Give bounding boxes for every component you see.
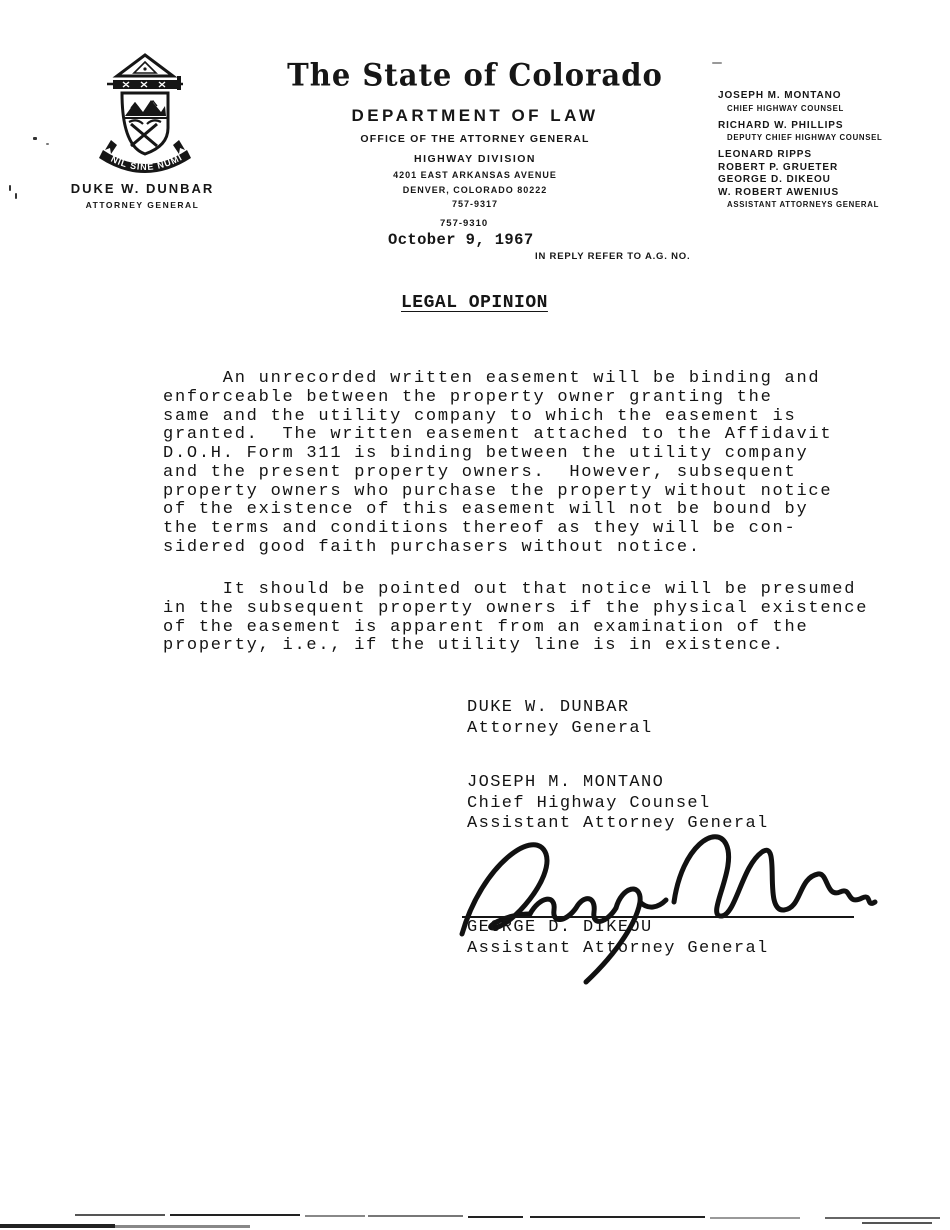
body-line: same and the utility company to which th…: [163, 408, 863, 427]
scan-speck: [712, 62, 722, 64]
officials-group: LEONARD RIPPS ROBERT P. GRUETER GEORGE D…: [718, 149, 938, 209]
officials-group: RICHARD W. PHILLIPS DEPUTY CHIEF HIGHWAY…: [718, 120, 938, 143]
official-name: RICHARD W. PHILLIPS: [718, 120, 938, 133]
officials-list: JOSEPH M. MONTANO CHIEF HIGHWAY COUNSEL …: [718, 90, 938, 216]
scan-artifact-line: [75, 1214, 165, 1216]
signatory-name: GEORGE D. DIKEOU: [467, 918, 769, 939]
official-name: W. ROBERT AWENIUS: [718, 187, 938, 200]
address-line2: DENVER, COLORADO 80222: [275, 185, 675, 195]
scan-speck: [9, 185, 11, 191]
signatory-title: Assistant Attorney General: [467, 939, 769, 960]
scan-artifact-line: [170, 1214, 300, 1216]
attorney-general-name: DUKE W. DUNBAR: [60, 181, 225, 196]
letterhead-center: The State of Colorado DEPARTMENT OF LAW …: [275, 58, 675, 209]
paragraph-2: It should be pointed out that notice wil…: [163, 581, 863, 656]
body-line: of the easement is apparent from an exam…: [163, 619, 863, 638]
officials-group: JOSEPH M. MONTANO CHIEF HIGHWAY COUNSEL: [718, 90, 938, 113]
body-line: sidered good faith purchasers without no…: [163, 539, 863, 558]
signatory-title: Chief Highway Counsel: [467, 794, 769, 815]
official-name: LEONARD RIPPS: [718, 149, 938, 162]
letter-date: October 9, 1967: [388, 231, 534, 249]
body-line: and the present property owners. However…: [163, 464, 863, 483]
attorney-general-title: ATTORNEY GENERAL: [60, 200, 225, 210]
handwritten-signature-dikeou: [448, 824, 878, 994]
scan-artifact-line: [368, 1215, 463, 1217]
scan-artifact-bar: [0, 1224, 115, 1228]
paragraph-1: An unrecorded written easement will be b…: [163, 370, 863, 558]
scan-artifact-line: [710, 1217, 800, 1219]
state-title: The State of Colorado: [275, 57, 675, 93]
reply-phone: 757-9310: [440, 218, 488, 229]
scan-artifact-line: [862, 1222, 932, 1224]
scan-speck: [46, 143, 49, 145]
body-line: in the subsequent property owners if the…: [163, 600, 863, 619]
scan-artifact-line: [468, 1216, 523, 1218]
colorado-state-seal-icon: NIL SINE NUMINE: [93, 52, 197, 176]
official-title: DEPUTY CHIEF HIGHWAY COUNSEL: [727, 133, 938, 142]
signatory-name: DUKE W. DUNBAR: [467, 698, 653, 719]
official-title: ASSISTANT ATTORNEYS GENERAL: [727, 200, 938, 209]
signatory-name: JOSEPH M. MONTANO: [467, 773, 769, 794]
scan-speck: [33, 137, 37, 140]
official-name: JOSEPH M. MONTANO: [718, 90, 938, 103]
body-line: An unrecorded written easement will be b…: [163, 370, 863, 389]
document-title: LEGAL OPINION: [401, 293, 548, 313]
scan-artifact-bar: [115, 1225, 250, 1228]
official-name: ROBERT P. GRUETER: [718, 162, 938, 175]
official-title: CHIEF HIGHWAY COUNSEL: [727, 104, 938, 113]
body-line: the terms and conditions thereof as they…: [163, 520, 863, 539]
signatory-title: Attorney General: [467, 719, 653, 740]
address-line1: 4201 EAST ARKANSAS AVENUE: [275, 170, 675, 180]
body-line: D.O.H. Form 311 is binding between the u…: [163, 445, 863, 464]
attorney-general-block: DUKE W. DUNBAR ATTORNEY GENERAL: [60, 181, 225, 210]
scan-speck: [15, 193, 17, 199]
body-line: property, i.e., if the utility line is i…: [163, 637, 863, 656]
body-line: of the existence of this easement will n…: [163, 501, 863, 520]
signature-block-dikeou: GEORGE D. DIKEOU Assistant Attorney Gene…: [467, 918, 769, 959]
body-line: enforceable between the property owner g…: [163, 389, 863, 408]
body-line: It should be pointed out that notice wil…: [163, 581, 863, 600]
body-line: property owners who purchase the propert…: [163, 483, 863, 502]
letterhead-phone: 757-9317: [275, 199, 675, 209]
division-name: HIGHWAY DIVISION: [275, 153, 675, 165]
scan-artifact-line: [825, 1217, 940, 1219]
scan-artifact-line: [530, 1216, 705, 1218]
official-name: GEORGE D. DIKEOU: [718, 174, 938, 187]
reply-reference-label: IN REPLY REFER TO A.G. NO.: [535, 251, 690, 262]
legal-opinion-letter-page: NIL SINE NUMINE DUKE W. DUNBAR ATTORNEY …: [0, 0, 950, 1230]
office-name: OFFICE OF THE ATTORNEY GENERAL: [275, 133, 675, 145]
scan-artifact-line: [305, 1215, 365, 1217]
signature-block-dunbar: DUKE W. DUNBAR Attorney General: [467, 698, 653, 739]
body-line: granted. The written easement attached t…: [163, 426, 863, 445]
department-name: DEPARTMENT OF LAW: [275, 106, 675, 126]
